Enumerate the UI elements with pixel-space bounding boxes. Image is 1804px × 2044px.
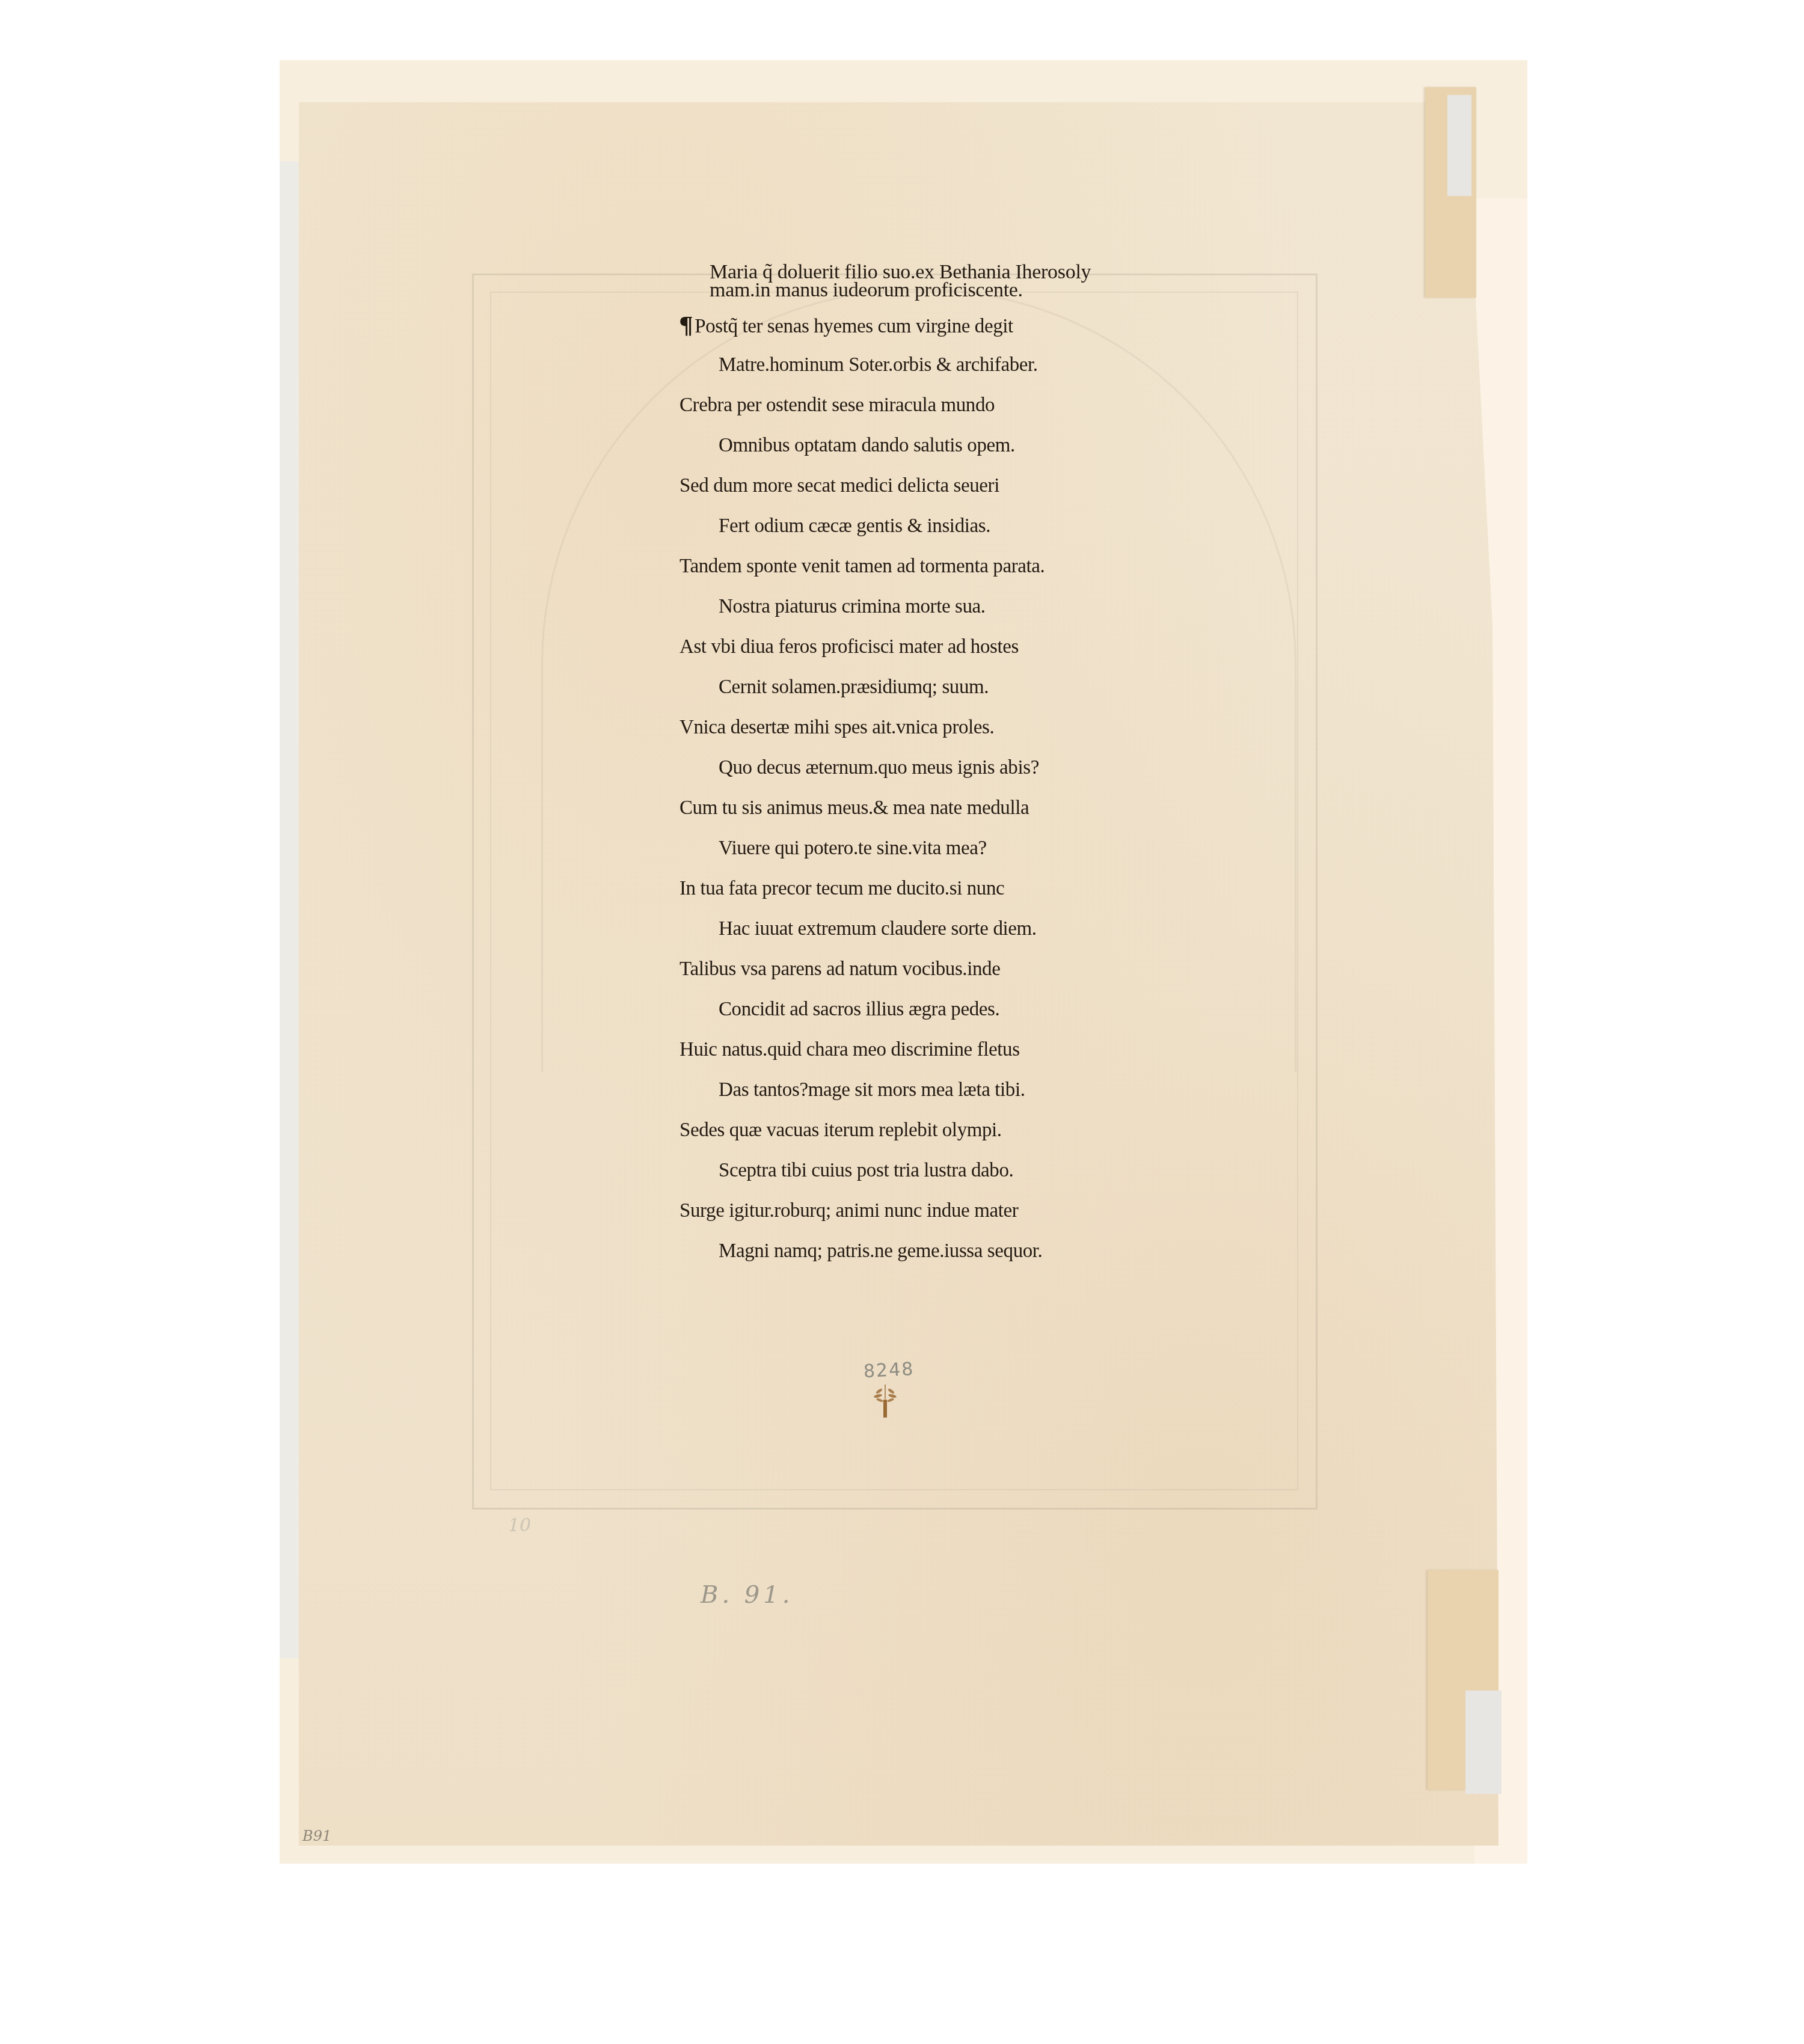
verse-text: Ast vbi diua feros proficisci mater ad h…	[680, 636, 1019, 658]
verse-text: Das tantos?mage sit mors mea læta tibi.	[719, 1079, 1025, 1101]
verse-text: Surge igitur.roburq; animi nunc indue ma…	[680, 1200, 1018, 1222]
verse-text: Sedes quæ vacuas iterum replebit olympi.	[680, 1119, 1002, 1141]
verse-text: Huic natus.quid chara meo discrimine fle…	[680, 1039, 1020, 1060]
verse-text: Crebra per ostendit sese miracula mundo	[680, 394, 995, 416]
mount-edge-left	[280, 161, 299, 1658]
verse-text: Vnica desertæ mihi spes ait.vnica proles…	[680, 717, 994, 738]
verse-line: Matre.hominum Soter.orbis & archifaber.	[680, 353, 1173, 393]
verse-line: Magni namq; patris.ne geme.iussa sequor.	[680, 1239, 1173, 1279]
section-heading: Maria q̃ doluerit filio suo.ex Bethania …	[680, 263, 1173, 299]
verse-text: Cum tu sis animus meus.& mea nate medull…	[680, 797, 1029, 819]
verse-list: ¶Postq̃ ter senas hyemes cum virgine deg…	[680, 313, 1173, 1279]
verse-line: Cum tu sis animus meus.& mea nate medull…	[680, 796, 1173, 836]
verse-line: Tandem sponte venit tamen ad tormenta pa…	[680, 554, 1173, 595]
verse-line: Concidit ad sacros illius ægra pedes.	[680, 997, 1173, 1038]
verse-text: Quo decus æternum.quo meus ignis abis?	[719, 757, 1039, 779]
verse-line: ¶Postq̃ ter senas hyemes cum virgine deg…	[680, 313, 1173, 353]
printed-text-block: Maria q̃ doluerit filio suo.ex Bethania …	[680, 263, 1173, 1279]
verse-line: Sceptra tibi cuius post tria lustra dabo…	[680, 1158, 1173, 1199]
verse-line: Surge igitur.roburq; animi nunc indue ma…	[680, 1199, 1173, 1239]
verse-text: Fert odium cæcæ gentis & insidias.	[719, 515, 990, 537]
verse-text: Tandem sponte venit tamen ad tormenta pa…	[680, 555, 1045, 577]
verse-text: Nostra piaturus crimina morte sua.	[719, 596, 986, 617]
pencil-shelfmark: B. 91.	[701, 1581, 793, 1609]
verse-line: Das tantos?mage sit mors mea læta tibi.	[680, 1078, 1173, 1118]
palm-tree-stamp-icon	[873, 1383, 897, 1419]
verse-line: Ast vbi diua feros proficisci mater ad h…	[680, 635, 1173, 675]
pencil-inventory-number: 8248	[863, 1359, 915, 1382]
verse-line: Viuere qui potero.te sine.vita mea?	[680, 836, 1173, 877]
faint-pencil-mark: 10	[508, 1515, 531, 1536]
verse-text: Hac iuuat extremum claudere sorte diem.	[719, 918, 1037, 940]
verse-line: In tua fata precor tecum me ducito.si nu…	[680, 877, 1173, 917]
verse-line: Fert odium cæcæ gentis & insidias.	[680, 514, 1173, 554]
verse-text: In tua fata precor tecum me ducito.si nu…	[680, 878, 1004, 899]
hinge-paper-bottom	[1465, 1691, 1502, 1794]
verse-line: Cernit solamen.præsidiumq; suum.	[680, 675, 1173, 715]
verse-text: Viuere qui potero.te sine.vita mea?	[719, 837, 987, 859]
verse-line: Quo decus æternum.quo meus ignis abis?	[680, 756, 1173, 796]
document-scan: Maria q̃ doluerit filio suo.ex Bethania …	[0, 0, 1804, 2044]
verse-line: Nostra piaturus crimina morte sua.	[680, 595, 1173, 635]
verse-text: Talibus vsa parens ad natum vocibus.inde	[680, 958, 1000, 980]
verse-line: Huic natus.quid chara meo discrimine fle…	[680, 1038, 1173, 1078]
paragraph-mark-icon: ¶	[679, 313, 693, 337]
verse-text: Sed dum more secat medici delicta seueri	[680, 475, 999, 497]
verse-line: Crebra per ostendit sese miracula mundo	[680, 393, 1173, 433]
verse-text: Postq̃ ter senas hyemes cum virgine degi…	[695, 316, 1013, 337]
verse-text: Magni namq; patris.ne geme.iussa sequor.	[719, 1240, 1042, 1262]
hinge-paper-top	[1447, 95, 1471, 196]
verse-text: Omnibus optatam dando salutis opem.	[719, 435, 1015, 456]
verse-text: Concidit ad sacros illius ægra pedes.	[719, 999, 999, 1020]
verse-text: Cernit solamen.præsidiumq; suum.	[719, 676, 989, 698]
verse-line: Vnica desertæ mihi spes ait.vnica proles…	[680, 715, 1173, 756]
corner-pencil-mark: B91	[302, 1828, 331, 1844]
verse-text: Sceptra tibi cuius post tria lustra dabo…	[719, 1160, 1013, 1181]
verse-line: Sed dum more secat medici delicta seueri	[680, 474, 1173, 514]
verse-text: Matre.hominum Soter.orbis & archifaber.	[719, 354, 1038, 376]
verse-line: Sedes quæ vacuas iterum replebit olympi.	[680, 1118, 1173, 1158]
verse-line: Omnibus optatam dando salutis opem.	[680, 433, 1173, 474]
verse-line: Hac iuuat extremum claudere sorte diem.	[680, 917, 1173, 957]
heading-line: mam.in manus iudeorum proficiscente.	[710, 281, 1173, 299]
verse-line: Talibus vsa parens ad natum vocibus.inde	[680, 957, 1173, 997]
